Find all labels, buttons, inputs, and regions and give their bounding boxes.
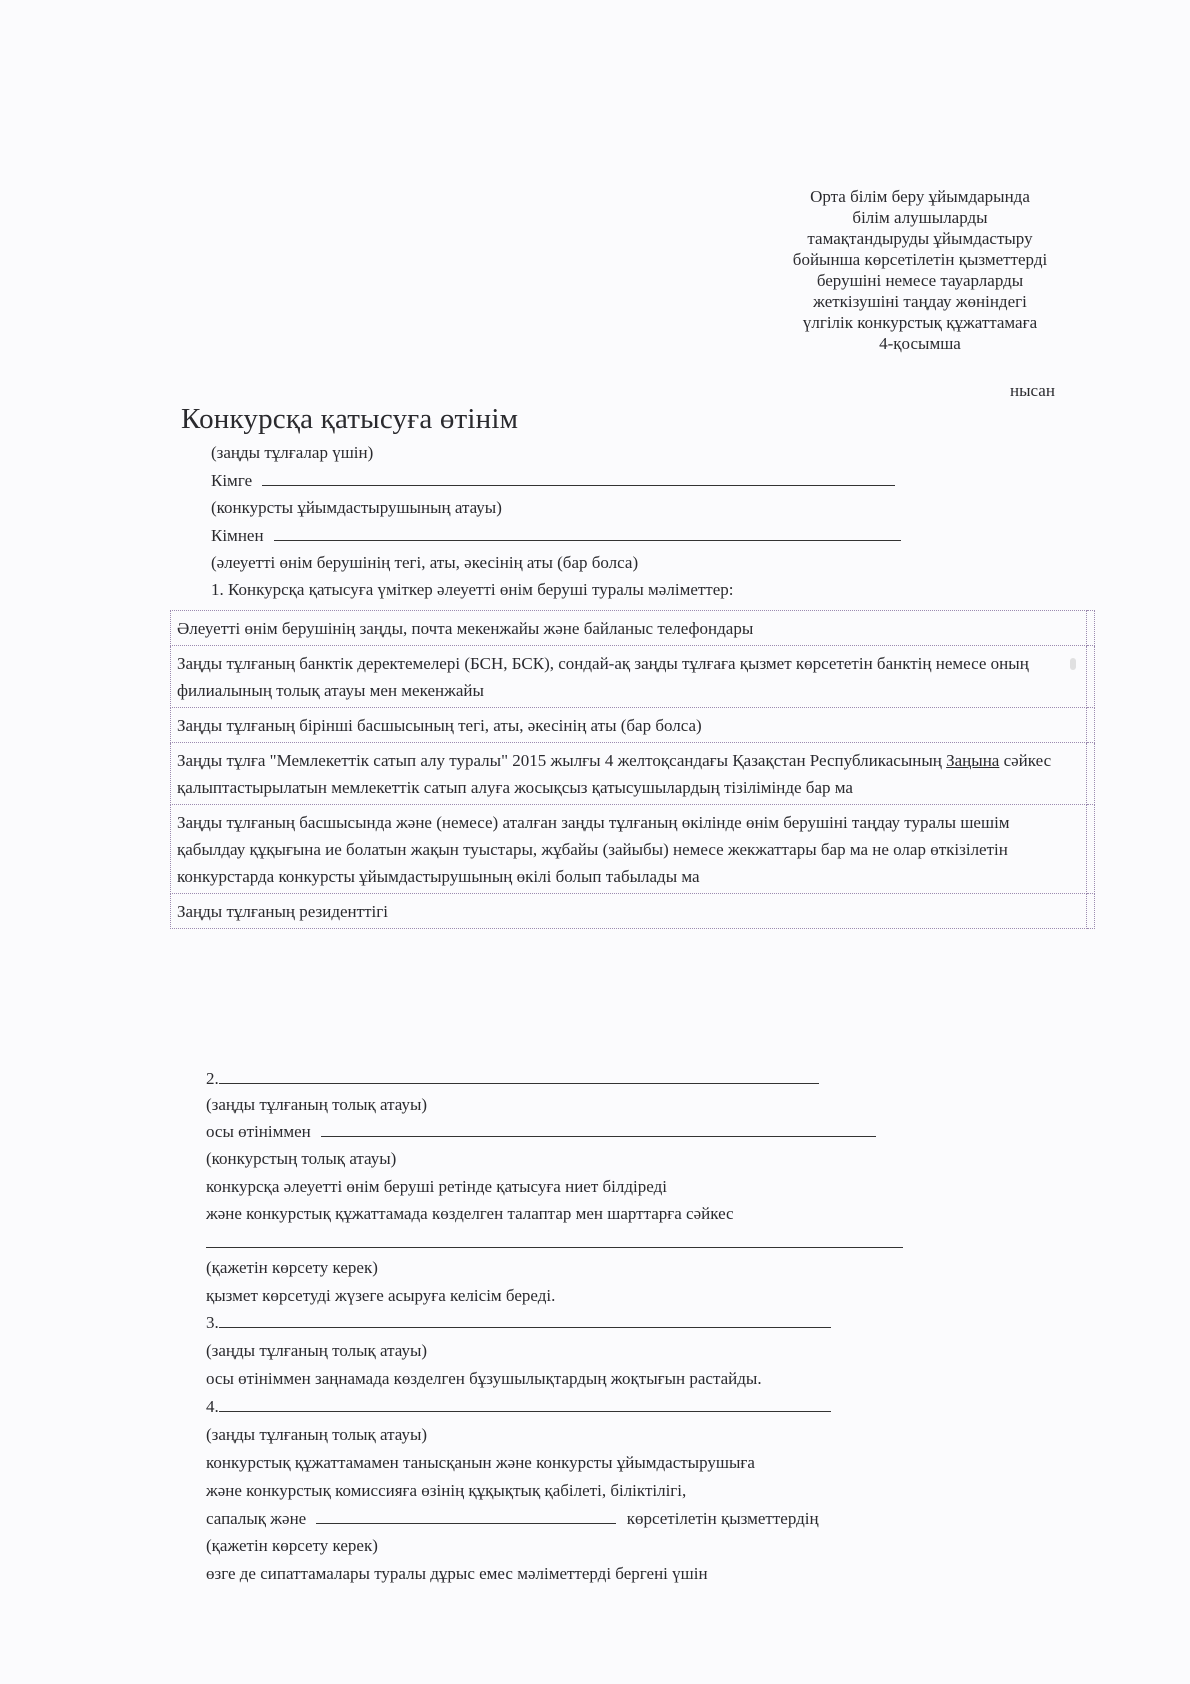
section3-number: 3. <box>206 1313 219 1332</box>
row-label: Заңды тұлға "Мемлекеттік сатып алу турал… <box>171 743 1087 805</box>
row-label: Заңды тұлғаның резиденттігі <box>171 894 1087 929</box>
to-label: Кімге <box>211 471 252 490</box>
section2-text: конкурсқа әлеуетті өнім беруші ретінде қ… <box>206 1177 667 1197</box>
table-row: Заңды тұлға "Мемлекеттік сатып алу турал… <box>171 743 1095 805</box>
with-application-label: осы өтініммен <box>206 1122 311 1141</box>
table-row: Заңды тұлғаның бірінші басшысының тегі, … <box>171 708 1095 743</box>
section2-contest-hint: (конкурстың толық атауы) <box>206 1149 396 1169</box>
section4-number: 4. <box>206 1397 219 1416</box>
section3-name-row: 3. <box>206 1313 831 1333</box>
row-value-cell[interactable] <box>1087 708 1095 743</box>
section4-text: және конкурстық комиссияға өзінің құқықт… <box>206 1481 686 1501</box>
section4-name-hint: (заңды тұлғаның толық атауы) <box>206 1425 427 1445</box>
row-label: Әлеуетті өнім берушінің заңды, почта мек… <box>171 611 1087 646</box>
section2-needed-line[interactable] <box>206 1233 903 1248</box>
to-hint: (конкурсты ұйымдастырушының атауы) <box>211 498 502 518</box>
subtitle: (заңды тұлғалар үшін) <box>211 443 373 463</box>
row-value-cell[interactable] <box>1087 646 1095 708</box>
law-link[interactable]: Заңына <box>946 751 999 770</box>
header-line: Орта білім беру ұйымдарында <box>770 186 1070 207</box>
quality-label: сапалық және <box>206 1509 306 1528</box>
section3-name-hint: (заңды тұлғаның толық атауы) <box>206 1341 427 1361</box>
scan-speck <box>1070 658 1076 670</box>
header-line: тамақтандыруды ұйымдастыру <box>770 228 1070 249</box>
row-value-cell[interactable] <box>1087 805 1095 894</box>
supplier-info-table: Әлеуетті өнім берушінің заңды, почта мек… <box>170 610 1095 929</box>
section4-quality-row: сапалық және көрсетілетін қызметтердің <box>206 1509 819 1529</box>
to-input-line[interactable] <box>262 471 895 486</box>
table-row: Әлеуетті өнім берушінің заңды, почта мек… <box>171 611 1095 646</box>
header-line: білім алушыларды <box>770 207 1070 228</box>
section4-name-row: 4. <box>206 1397 831 1417</box>
section4-name-line[interactable] <box>219 1397 831 1412</box>
section2-name-hint: (заңды тұлғаның толық атауы) <box>206 1095 427 1115</box>
from-hint: (әлеуетті өнім берушінің тегі, аты, әкес… <box>211 553 638 573</box>
from-input-line[interactable] <box>274 526 901 541</box>
section4-text: өзге де сипаттамалары туралы дұрыс емес … <box>206 1564 708 1584</box>
contest-name-line[interactable] <box>321 1122 876 1137</box>
form-label: нысан <box>1010 381 1055 401</box>
row-value-cell[interactable] <box>1087 894 1095 929</box>
row-label: Заңды тұлғаның басшысында және (немесе) … <box>171 805 1087 894</box>
services-label: көрсетілетін қызметтердің <box>627 1509 819 1528</box>
section4-needed-line[interactable] <box>316 1509 616 1524</box>
header-line: бойынша көрсетілетін қызметтерді <box>770 249 1070 270</box>
row-value-cell[interactable] <box>1087 743 1095 805</box>
section3-name-line[interactable] <box>219 1313 831 1328</box>
section4-needed-hint: (қажетін көрсету керек) <box>206 1536 378 1556</box>
section2-needed-hint: (қажетін көрсету керек) <box>206 1258 378 1278</box>
section2-text: қызмет көрсетуді жүзеге асыруға келісім … <box>206 1286 555 1306</box>
to-field-row: Кімге <box>211 471 895 491</box>
header-line: 4-қосымша <box>770 333 1070 354</box>
table-row: Заңды тұлғаның резиденттігі <box>171 894 1095 929</box>
section2-text: және конкурстық құжаттамада көзделген та… <box>206 1204 734 1224</box>
row-label: Заңды тұлғаның банктік деректемелері (БС… <box>171 646 1087 708</box>
section2-name-row: 2. <box>206 1069 819 1089</box>
section4-text: конкурстық құжаттамамен танысқанын және … <box>206 1453 755 1473</box>
row-value-cell[interactable] <box>1087 611 1095 646</box>
from-field-row: Кімнен <box>211 526 901 546</box>
header-line: берушіні немесе тауарларды <box>770 270 1070 291</box>
section2-contest-row: осы өтініммен <box>206 1122 876 1142</box>
appendix-header-note: Орта білім беру ұйымдарында білім алушыл… <box>770 186 1070 354</box>
table-row: Заңды тұлғаның басшысында және (немесе) … <box>171 805 1095 894</box>
section2-needed-row <box>206 1233 903 1253</box>
table-row: Заңды тұлғаның банктік деректемелері (БС… <box>171 646 1095 708</box>
document-page: Орта білім беру ұйымдарында білім алушыл… <box>0 0 1190 1684</box>
from-label: Кімнен <box>211 526 264 545</box>
section2-number: 2. <box>206 1069 219 1088</box>
section2-name-line[interactable] <box>219 1069 819 1084</box>
section1-heading: 1. Конкурсқа қатысуға үміткер әлеуетті ө… <box>211 580 734 600</box>
header-line: жеткізушіні таңдау жөніндегі <box>770 291 1070 312</box>
row-label: Заңды тұлғаның бірінші басшысының тегі, … <box>171 708 1087 743</box>
section3-text: осы өтініммен заңнамада көзделген бұзушы… <box>206 1369 762 1389</box>
page-title: Конкурсқа қатысуға өтінім <box>181 403 518 436</box>
header-line: үлгілік конкурстық құжаттамаға <box>770 312 1070 333</box>
